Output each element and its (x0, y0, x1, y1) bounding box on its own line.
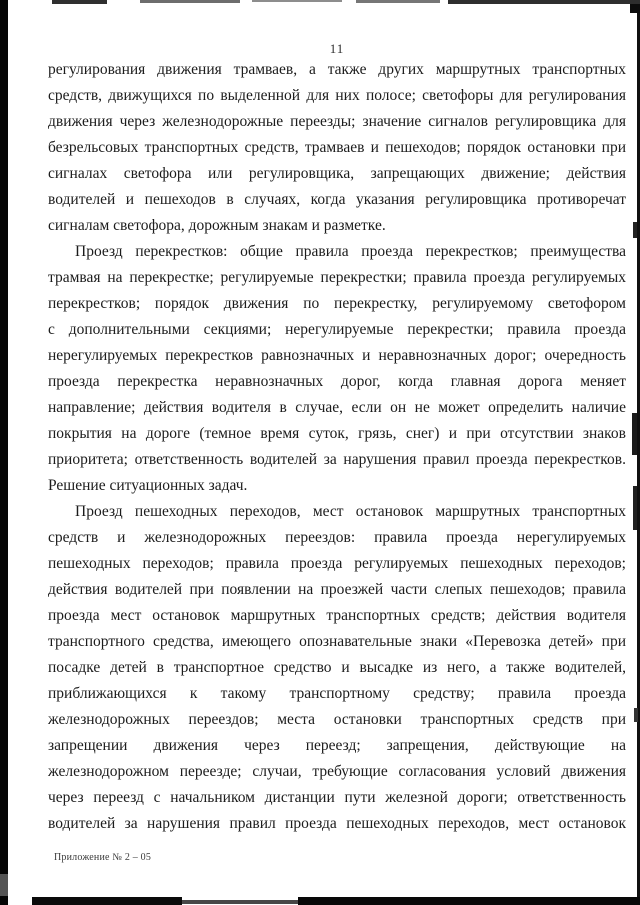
text-line: проезда перекрестка неравнозначных дорог… (48, 369, 626, 395)
text-line: водителей за нарушения правил проезда пе… (48, 811, 626, 837)
text-line: Проезд перекрестков: общие правила проез… (48, 239, 626, 265)
scan-edge-top-segment (356, 0, 440, 3)
text-line: средств и железнодорожных переездов: пра… (48, 525, 626, 551)
scanned-document-page: 11 регулирования движения трамваев, а та… (0, 0, 640, 905)
text-line: нерегулируемых перекрестков равнозначных… (48, 343, 626, 369)
scan-speck (634, 708, 638, 722)
text-line: запрещении движения через переезд; запре… (48, 733, 626, 759)
scan-edge-left-bar (0, 0, 8, 905)
text-line: трамвая на перекрестке; регулируемые пер… (48, 265, 626, 291)
text-line: железнодорожных переездов; места останов… (48, 707, 626, 733)
text-line: регулирования движения трамваев, а также… (48, 57, 626, 83)
page-number: 11 (48, 41, 626, 57)
scan-edge-right-corner (630, 0, 640, 13)
text-line: через переезд с начальником дистанции пу… (48, 785, 626, 811)
scan-edge-bottom-segment (32, 897, 182, 905)
text-line: посадке детей в транспортное средство и … (48, 655, 626, 681)
text-line: с дополнительными секциями; нерегулируем… (48, 317, 626, 343)
scan-edge-top-segment (252, 0, 342, 2)
text-line: безрельсовых транспортных средств, трамв… (48, 135, 626, 161)
text-line: перекрестков; порядок движения по перекр… (48, 291, 626, 317)
page-footer-note: Приложение № 2 – 05 (54, 852, 151, 863)
scan-edge-top-segment (52, 0, 107, 4)
text-line: направление; действия водителя в случае,… (48, 395, 626, 421)
document-body-text: регулирования движения трамваев, а также… (48, 57, 626, 837)
text-line: движения через железнодорожные переезды;… (48, 109, 626, 135)
scan-edge-left-fade (0, 874, 8, 896)
text-line: Решение ситуационных задач. (48, 473, 626, 499)
scan-edge-top-segment (140, 0, 240, 3)
text-line: Проезд пешеходных переходов, мест остано… (48, 499, 626, 525)
scan-speck (633, 222, 637, 238)
text-line: транспортного средства, имеющего опознав… (48, 629, 626, 655)
text-line: приближающихся к такому транспортному ср… (48, 681, 626, 707)
scan-speck (633, 486, 637, 530)
text-line: действия водителей при появлении на прое… (48, 577, 626, 603)
text-line: средств, движущихся по выделенной для ни… (48, 83, 626, 109)
text-line: сигналам светофора, дорожным знакам и ра… (48, 213, 626, 239)
scan-edge-bottom-segment (182, 900, 298, 904)
text-line: железнодорожном переезде; случаи, требую… (48, 759, 626, 785)
text-line: водителей и пешеходов в случаях, когда у… (48, 187, 626, 213)
text-line: сигналах светофора или регулировщика, за… (48, 161, 626, 187)
scan-edge-bottom-segment (298, 897, 640, 905)
scan-speck (632, 413, 637, 455)
text-line: приоритета; ответственность водителей за… (48, 447, 626, 473)
text-line: пешеходных переходов; правила проезда ре… (48, 551, 626, 577)
text-line: проезда мест остановок маршрутных трансп… (48, 603, 626, 629)
scan-edge-top-segment (448, 0, 640, 4)
text-line: покрытия на дороге (темное время суток, … (48, 421, 626, 447)
